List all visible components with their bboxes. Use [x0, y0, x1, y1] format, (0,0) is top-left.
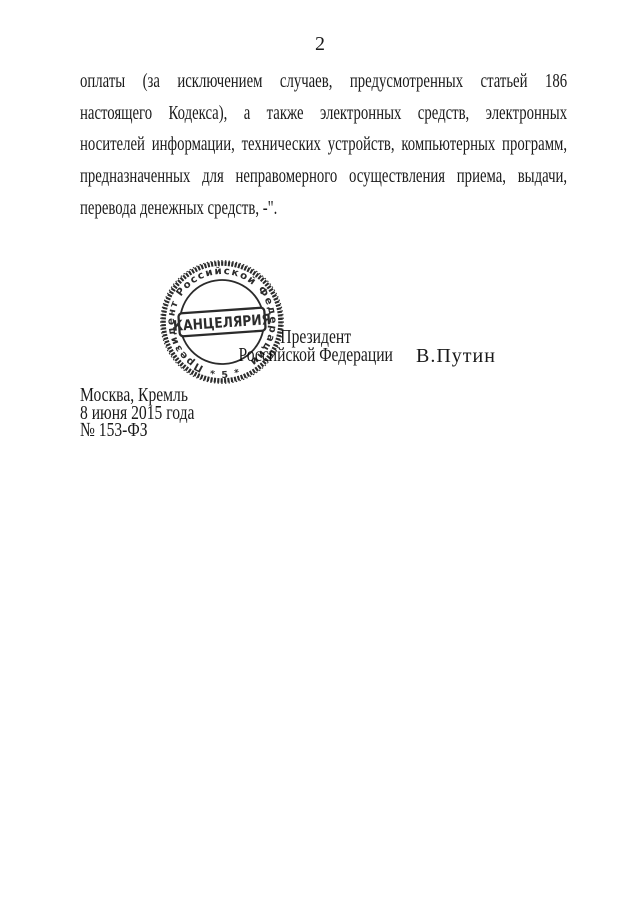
chancellery-stamp-icon: Президент Российской Федерации * 5 * КАН…	[157, 257, 287, 387]
body-paragraph: оплаты (за исключением случаев, предусмо…	[80, 66, 567, 225]
paragraph-line: оплаты (за исключением случаев, предусмо…	[80, 66, 567, 98]
issuance-block: Москва, Кремль 8 июня 2015 года № 153-ФЗ	[80, 387, 194, 440]
paragraph-line: предназначенных для неправомерного осуще…	[80, 161, 567, 193]
paragraph-line: носителей информации, технических устрой…	[80, 129, 567, 161]
signature-name: В.Путин	[416, 348, 496, 366]
page-number: 2	[0, 33, 640, 56]
paragraph-line: настоящего Кодекса), а также электронных…	[80, 98, 567, 130]
law-number: № 153-ФЗ	[80, 422, 194, 440]
paragraph-line: перевода денежных средств, -".	[80, 193, 567, 225]
